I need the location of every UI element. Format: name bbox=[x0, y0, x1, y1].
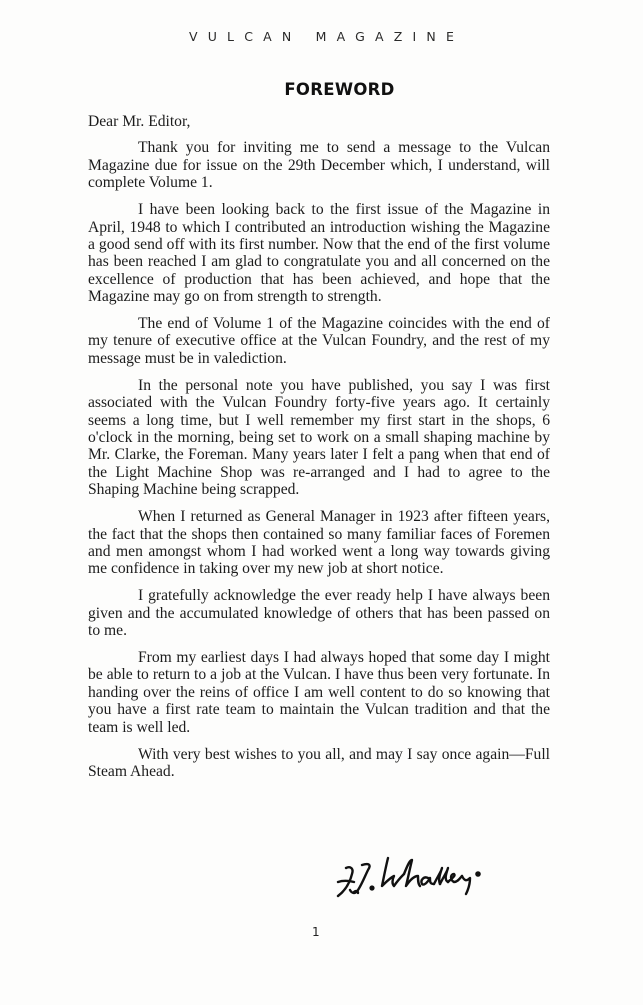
paragraph: Thank you for inviting me to send a mess… bbox=[88, 139, 550, 191]
letter-body: Dear Mr. Editor, Thank you for inviting … bbox=[88, 113, 550, 790]
paragraph: I have been looking back to the first is… bbox=[88, 201, 550, 305]
page-title: FOREWORD bbox=[0, 80, 643, 99]
running-head: VULCAN MAGAZINE bbox=[0, 29, 643, 44]
paragraph: When I returned as General Manager in 19… bbox=[88, 508, 550, 578]
handwritten-signature bbox=[332, 850, 532, 910]
paragraph: With very best wishes to you all, and ma… bbox=[88, 746, 550, 781]
paragraph: I gratefully acknowledge the ever ready … bbox=[88, 587, 550, 639]
paragraph: From my earliest days I had always hoped… bbox=[88, 649, 550, 736]
salutation: Dear Mr. Editor, bbox=[88, 113, 550, 130]
paragraph: The end of Volume 1 of the Magazine coin… bbox=[88, 315, 550, 367]
paragraph: In the personal note you have published,… bbox=[88, 377, 550, 499]
page-number: 1 bbox=[312, 925, 320, 939]
